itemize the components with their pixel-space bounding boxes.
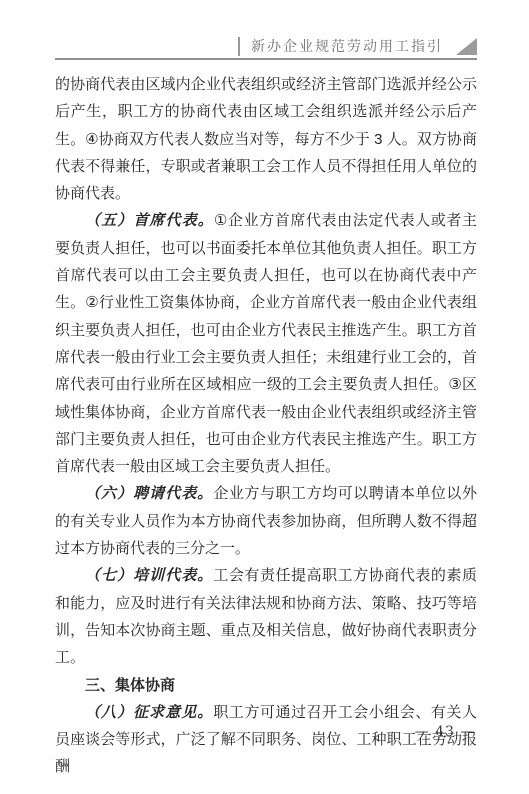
corner-triangle-icon <box>456 38 477 55</box>
document-page: 新办企业规范劳动用工指引 的协商代表由区域内企业代表组织或经济主管部门选派并经公… <box>0 0 529 794</box>
paragraph-item-7: （七）培训代表。工会有责任提高职工方协商代表的素质和能力，应及时进行有关法律法规… <box>55 562 477 671</box>
section-label: （五）首席代表。 <box>85 211 214 229</box>
document-body: 的协商代表由区域内企业代表组织或经济主管部门选派并经公示后产生，职工方的协商代表… <box>55 71 477 781</box>
section-label: （八）征求意见。 <box>85 703 213 721</box>
header-title: 新办企业规范劳动用工指引 <box>251 36 443 56</box>
text-run: 三、集体协商 <box>85 677 175 694</box>
text-run: ①企业方首席代表由法定代表人或者主要负责人担任，也可以书面委托本单位其他负责人担… <box>55 212 477 475</box>
text-run: 的协商代表由区域内企业代表组织或经济主管部门选派并经公示后产生，职工方的协商代表… <box>55 76 477 202</box>
section-heading-3: 三、集体协商 <box>55 672 477 699</box>
paragraph-item-5: （五）首席代表。①企业方首席代表由法定代表人或者主要负责人担任，也可以书面委托本… <box>55 207 477 480</box>
page-number: — 43 — <box>385 724 505 740</box>
paragraph-item-6: （六）聘请代表。企业方与职工方均可以聘请本单位以外的有关专业人员作为本方协商代表… <box>55 480 477 562</box>
paragraph-continuation: 的协商代表由区域内企业代表组织或经济主管部门选派并经公示后产生，职工方的协商代表… <box>55 71 477 207</box>
header-divider-bar <box>238 37 240 56</box>
section-label: （六）聘请代表。 <box>85 484 213 502</box>
page-header: 新办企业规范劳动用工指引 <box>55 34 477 58</box>
header-rule <box>55 58 477 60</box>
section-label: （七）培训代表。 <box>85 566 213 584</box>
